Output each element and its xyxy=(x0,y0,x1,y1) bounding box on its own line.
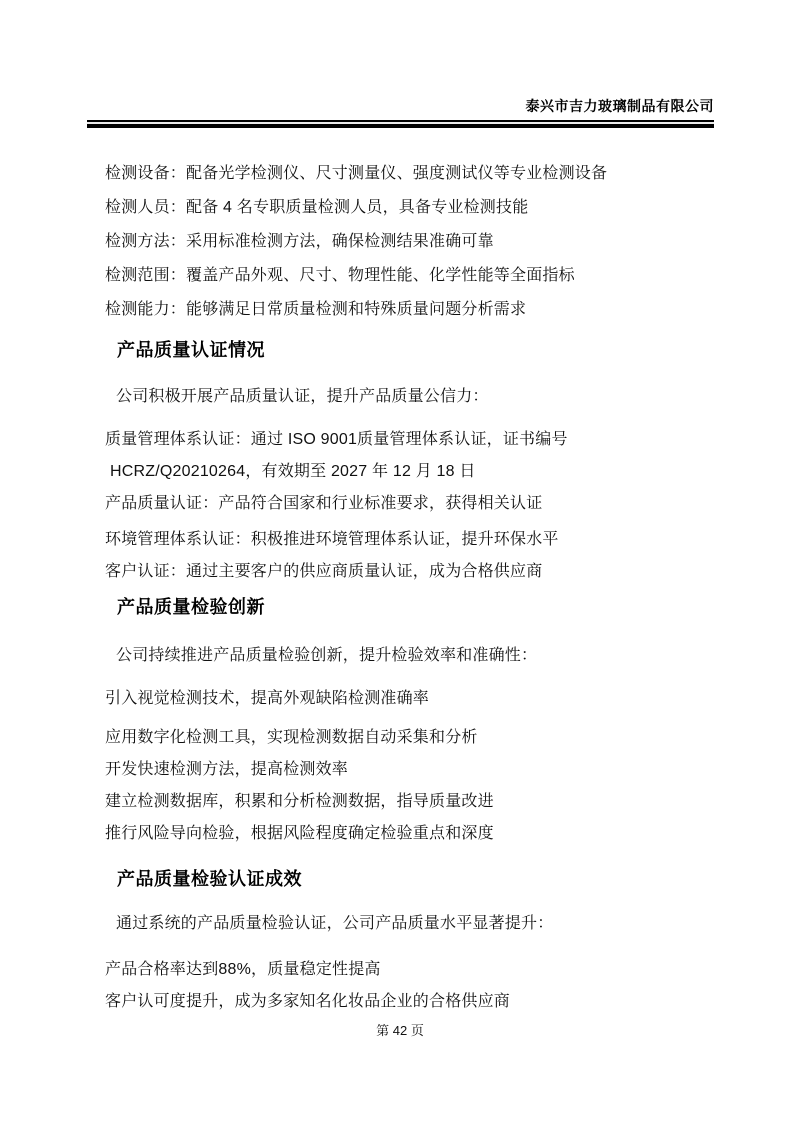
section-line: 应用数字化检测工具，实现检测数据自动采集和分析 xyxy=(105,729,714,746)
section-lead: 公司积极开展产品质量认证，提升产品质量公信力： xyxy=(116,388,714,405)
section-heading: 产品质量检验认证成效 xyxy=(117,867,714,891)
document-body: 检测设备：配备光学检测仪、尺寸测量仪、强度测试仪等专业检测设备 检测人员：配备 … xyxy=(0,128,800,1010)
section-lead: 公司持续推进产品质量检验创新，提升检验效率和准确性： xyxy=(116,647,714,664)
section-heading: 产品质量认证情况 xyxy=(117,338,714,362)
intro-line: 检测方法：采用标准检测方法，确保检测结果准确可靠 xyxy=(105,233,714,250)
intro-line: 检测能力：能够满足日常质量检测和特殊质量问题分析需求 xyxy=(105,301,714,318)
section-line: 产品合格率达到88%，质量稳定性提高 xyxy=(105,961,714,978)
section-line: 建立检测数据库，积累和分析检测数据，指导质量改进 xyxy=(105,793,714,810)
page-header: 泰兴市吉力玻璃制品有限公司 xyxy=(87,0,714,116)
section-line: 客户认证：通过主要客户的供应商质量认证，成为合格供应商 xyxy=(105,563,714,580)
section-line: HCRZ/Q20210264，有效期至 2027 年 12 月 18 日 xyxy=(110,463,714,480)
section-heading: 产品质量检验创新 xyxy=(117,595,714,619)
section-lead: 通过系统的产品质量检验认证，公司产品质量水平显著提升： xyxy=(116,915,714,932)
header-rule xyxy=(87,120,714,128)
section-line: 产品质量认证：产品符合国家和行业标准要求，获得相关认证 xyxy=(105,495,714,512)
section-line: 引入视觉检测技术，提高外观缺陷检测准确率 xyxy=(105,690,714,707)
document-page: 泰兴市吉力玻璃制品有限公司 检测设备：配备光学检测仪、尺寸测量仪、强度测试仪等专… xyxy=(0,0,800,1131)
section-line: 质量管理体系认证：通过 ISO 9001质量管理体系认证，证书编号 xyxy=(105,431,714,448)
page-number: 第 42 页 xyxy=(0,1020,800,1039)
section-line: 推行风险导向检验，根据风险程度确定检验重点和深度 xyxy=(105,825,714,842)
intro-line: 检测人员：配备 4 名专职质量检测人员，具备专业检测技能 xyxy=(105,199,714,216)
company-name: 泰兴市吉力玻璃制品有限公司 xyxy=(526,98,715,114)
intro-line: 检测设备：配备光学检测仪、尺寸测量仪、强度测试仪等专业检测设备 xyxy=(105,165,714,182)
section-line: 客户认可度提升，成为多家知名化妆品企业的合格供应商 xyxy=(105,993,714,1010)
section-line: 环境管理体系认证：积极推进环境管理体系认证，提升环保水平 xyxy=(105,531,714,548)
intro-line: 检测范围：覆盖产品外观、尺寸、物理性能、化学性能等全面指标 xyxy=(105,267,714,284)
section-line: 开发快速检测方法，提高检测效率 xyxy=(105,761,714,778)
